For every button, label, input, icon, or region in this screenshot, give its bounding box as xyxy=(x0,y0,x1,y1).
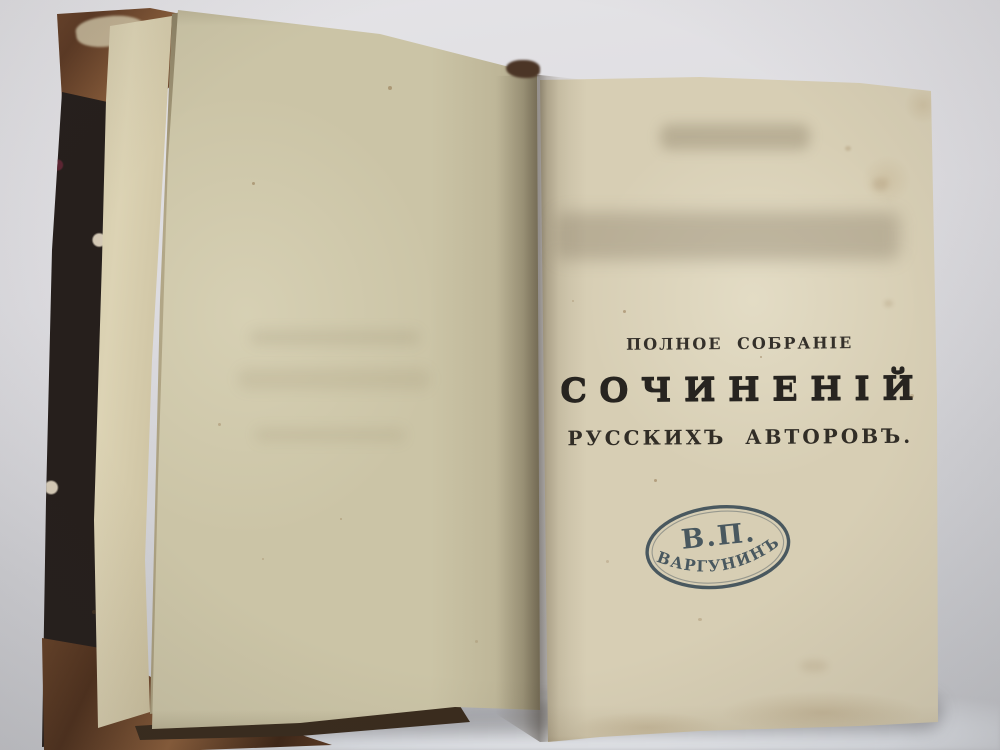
foxing-spot xyxy=(252,182,255,185)
foxing-spot xyxy=(884,300,893,307)
gutter-top-wear-spot xyxy=(506,60,540,78)
foxing-spot xyxy=(340,518,342,520)
showthrough-smudge xyxy=(250,330,420,345)
title-line: СОЧИНЕНІЙ xyxy=(560,370,920,410)
foxing-spot xyxy=(218,423,221,426)
showthrough-smudge xyxy=(238,368,430,390)
photo-of-antique-book: ПОЛНОЕ СОБРАНІЕ СОЧИНЕНІЙ РУССКИХЪ АВТОР… xyxy=(0,0,1000,750)
title-text-block: ПОЛНОЕ СОБРАНІЕ СОЧИНЕНІЙ РУССКИХЪ АВТОР… xyxy=(560,327,921,451)
foxing-spot xyxy=(92,610,96,614)
foxing-spot xyxy=(698,618,702,621)
showthrough-smudge xyxy=(255,428,405,442)
showthrough-smudge xyxy=(556,212,900,260)
foxing-spot xyxy=(572,300,574,302)
foxing-spot xyxy=(910,394,914,398)
foxing-spot xyxy=(800,660,828,672)
foxing-spot xyxy=(475,640,478,643)
owner-stamp: В.П. ВАРГУНИНЪ xyxy=(634,493,803,604)
foxing-spot xyxy=(760,356,762,358)
series-line: ПОЛНОЕ СОБРАНІЕ xyxy=(560,333,920,355)
foxing-spot xyxy=(654,479,657,482)
foxing-spot xyxy=(845,146,851,151)
foxing-spot xyxy=(623,310,626,313)
foxing-spot xyxy=(872,178,888,191)
foxing-spot xyxy=(606,560,609,563)
authors-line: РУССКИХЪ АВТОРОВЪ. xyxy=(560,424,920,451)
foxing-spot xyxy=(388,86,392,90)
foxing-spot xyxy=(262,558,264,560)
showthrough-smudge xyxy=(660,124,810,150)
